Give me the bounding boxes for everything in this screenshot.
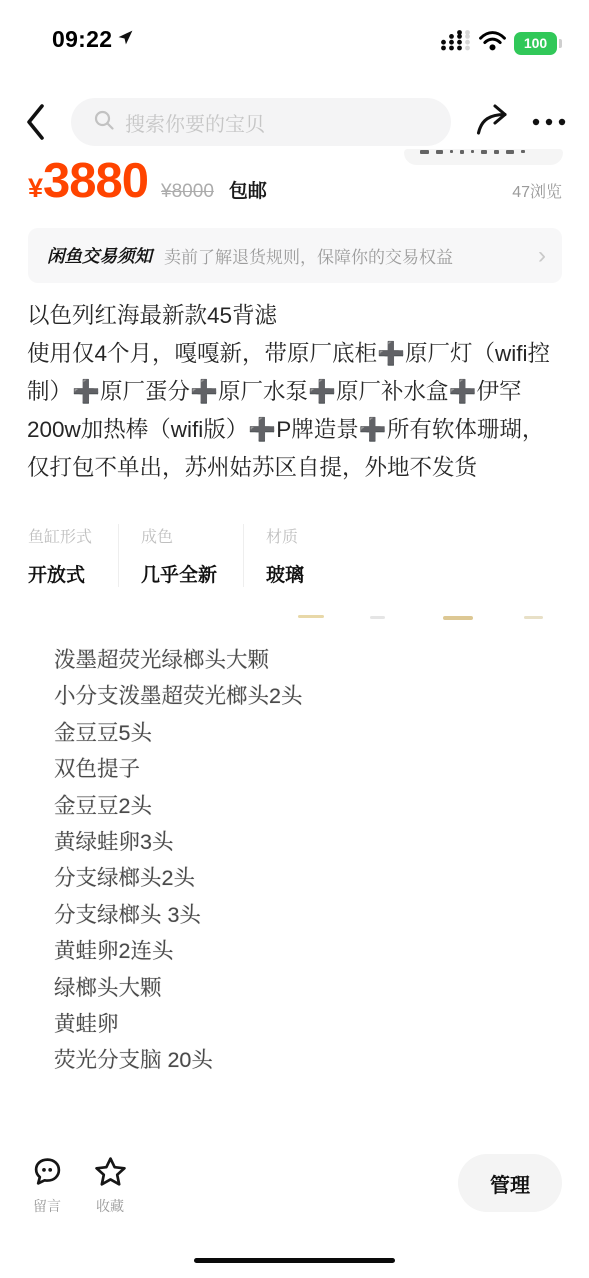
- attribute-label: 成色: [141, 524, 217, 547]
- view-count: 47浏览: [512, 179, 562, 202]
- original-price: ¥8000: [161, 181, 214, 203]
- battery-nub: [559, 39, 562, 48]
- message-label: 留言: [33, 1196, 61, 1216]
- back-button[interactable]: [25, 103, 49, 141]
- coral-list-item: 黄绿蛙卵3头: [54, 824, 534, 860]
- attribute-label: 材质: [266, 524, 304, 547]
- item-description: 以色列红海最新款45背滤 使用仅4个月，嘎嘎新，带原厂底柜➕原厂灯（wifi控制…: [27, 297, 565, 487]
- truncated-content-mark: [524, 616, 543, 619]
- app-screen: 09:22 100: [0, 0, 589, 1278]
- item-attributes: 鱼缸形式 开放式 成色 几乎全新 材质 玻璃: [28, 524, 352, 587]
- notice-title: 闲鱼交易须知: [47, 243, 152, 268]
- free-shipping-label: 包邮: [229, 176, 267, 203]
- wifi-icon: [479, 31, 506, 56]
- location-arrow-icon: [117, 29, 134, 51]
- attribute-value: 玻璃: [266, 560, 304, 587]
- coral-list-item: 荧光分支脑 20头: [54, 1042, 534, 1078]
- truncated-content-mark: [370, 616, 385, 619]
- message-button[interactable]: 留言: [23, 1156, 71, 1216]
- search-input[interactable]: 搜索你要的宝贝: [71, 98, 451, 146]
- clock-text: 09:22: [52, 26, 112, 53]
- attribute-value: 开放式: [28, 560, 92, 587]
- more-options-button[interactable]: [531, 114, 567, 132]
- truncated-content-mark: [298, 615, 324, 618]
- attribute-tank-type: 鱼缸形式 开放式: [28, 524, 119, 587]
- attribute-condition: 成色 几乎全新: [141, 524, 244, 587]
- coral-list-item: 绿榔头大颗: [54, 970, 534, 1006]
- attribute-material: 材质 玻璃: [266, 524, 330, 587]
- trade-notice-banner[interactable]: 闲鱼交易须知 卖前了解退货规则，保障你的交易权益 ›: [28, 228, 562, 283]
- coral-list-item: 金豆豆2头: [54, 788, 534, 824]
- price-value: 3880: [43, 156, 148, 207]
- coral-list-item: 分支绿榔头 3头: [54, 897, 534, 933]
- notice-text: 卖前了解退货规则，保障你的交易权益: [164, 243, 538, 268]
- coral-list-item: 小分支泼墨超荧光榔头2头: [54, 678, 534, 714]
- star-icon: [94, 1156, 127, 1192]
- manage-button[interactable]: 管理: [458, 1154, 562, 1212]
- coral-list-item: 金豆豆5头: [54, 715, 534, 751]
- cellular-signal-icon: [440, 30, 471, 56]
- bottom-action-bar: 留言 收藏 管理: [0, 1146, 589, 1238]
- favorite-button[interactable]: 收藏: [86, 1156, 134, 1216]
- speech-bubble-icon: [32, 1156, 63, 1192]
- coral-list-item: 黄蛙卵2连头: [54, 933, 534, 969]
- chevron-right-icon: ›: [538, 244, 546, 268]
- price-section: ¥3880 ¥8000 包邮 47浏览: [28, 156, 562, 207]
- coral-item-list: 泼墨超荧光绿榔头大颗 小分支泼墨超荧光榔头2头 金豆豆5头 双色提子 金豆豆2头…: [54, 642, 534, 1079]
- currency-symbol: ¥: [28, 173, 43, 204]
- coral-list-item: 黄蛙卵: [54, 1006, 534, 1042]
- search-placeholder: 搜索你要的宝贝: [125, 108, 265, 137]
- attribute-value: 几乎全新: [141, 560, 217, 587]
- truncated-content-mark: [443, 616, 473, 620]
- search-icon: [93, 109, 115, 136]
- status-bar-time: 09:22: [52, 26, 134, 53]
- coral-list-item: 双色提子: [54, 751, 534, 787]
- home-indicator[interactable]: [194, 1258, 395, 1263]
- attribute-label: 鱼缸形式: [28, 524, 92, 547]
- battery-icon: 100: [514, 32, 557, 55]
- coral-list-item: 泼墨超荧光绿榔头大颗: [54, 642, 534, 678]
- share-button[interactable]: [472, 102, 512, 143]
- status-bar-icons: 100: [440, 30, 562, 56]
- coral-list-item: 分支绿榔头2头: [54, 860, 534, 896]
- favorite-label: 收藏: [96, 1196, 124, 1216]
